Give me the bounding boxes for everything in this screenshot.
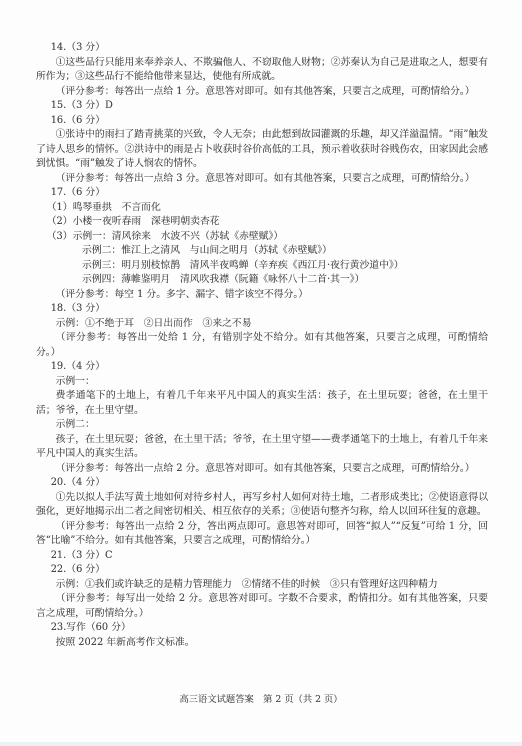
q16-header: 16.（6 分） xyxy=(36,114,488,129)
q17-blank3-example1: （3）示例一：清风徐来 水波不兴（苏轼《赤壁赋》） xyxy=(36,230,488,245)
q16-scoring-note: （评分参考：每答出一点给 3 分。意思答对即可。如有其他答案，只要言之成理，可酌… xyxy=(36,172,488,187)
q18-answer: 示例：①不绝于耳 ②日出而作 ③来之不易 xyxy=(36,317,488,332)
q21-answer: 21.（3 分）C xyxy=(36,549,488,564)
q14-answer: ①这些品行只能用来奉养亲人、不欺骗他人、不窃取他人财物；②苏秦认为自己是进取之人… xyxy=(36,56,488,85)
q15-answer: 15.（3 分）D xyxy=(36,99,488,114)
q23-note: 按照 2022 年新高考作文标准。 xyxy=(36,636,488,651)
answers-content: 14.（3 分） ①这些品行只能用来奉养亲人、不欺骗他人、不窃取他人财物；②苏秦… xyxy=(36,41,488,650)
q14-header: 14.（3 分） xyxy=(36,41,488,56)
q20-answer: ①先以拟人手法写黄土地如何对待乡村人，再写乡村人如何对待土地，二者形成类比；②使… xyxy=(36,491,488,520)
q17-blank1-answer: （1）鸣琴垂拱 不言而化 xyxy=(36,201,488,216)
q23-header: 23.写作（60 分） xyxy=(36,621,488,636)
q22-header: 22.（6 分） xyxy=(36,563,488,578)
q18-header: 18.（3 分） xyxy=(36,302,488,317)
q22-scoring-note: （评分参考：每写出一处给 2 分。意思答对即可。字数不合要求，酌情扣分。如有其他… xyxy=(36,592,488,621)
scanned-answer-page: 14.（3 分） ①这些品行只能用来奉养亲人、不欺骗他人、不窃取他人财物；②苏秦… xyxy=(0,0,522,746)
q17-blank3-example3: 示例三：明月别枝惊鹊 清风半夜鸣蝉（辛弃疾《西江月·夜行黄沙道中》） xyxy=(36,259,488,274)
q17-scoring-note: （评分参考：每空 1 分。多字、漏字、错字该空不得分。） xyxy=(36,288,488,303)
q17-blank3-example2: 示例二：惟江上之清风 与山间之明月（苏轼《赤壁赋》） xyxy=(36,244,488,259)
q17-blank2-answer: （2）小楼一夜听春雨 深巷明朝卖杏花 xyxy=(36,215,488,230)
q16-answer: ①张诗中的雨扫了踏青挑菜的兴致，令人无奈；由此想到故园灌溉的乐趣，却又洋溢温情。… xyxy=(36,128,488,172)
q14-scoring-note: （评分参考：每答出一点给 1 分。意思答对即可。如有其他答案，只要言之成理，可酌… xyxy=(36,85,488,100)
q19-scoring-note: （评分参考：每答出一点给 2 分。意思答对即可。如有其他答案，只要言之成理，可酌… xyxy=(36,462,488,477)
q18-scoring-note: （评分参考：每答出一处给 1 分，有错别字处不给分。如有其他答案，只要言之成理，… xyxy=(36,331,488,360)
scan-edge-shadow xyxy=(0,742,522,746)
q20-header: 20.（4 分） xyxy=(36,476,488,491)
q19-example2-label: 示例二： xyxy=(36,418,488,433)
q19-example1-label: 示例一： xyxy=(36,375,488,390)
q20-scoring-note: （评分参考：每答出一点给 2 分，答出两点即可。意思答对即可，回答“拟人”“反复… xyxy=(36,520,488,549)
page-footer-text: 高三语文试题答案 第 2 页（共 2 页） xyxy=(179,694,342,705)
q19-example1-text: 费孝通笔下的土地上，有着几千年来平凡中国人的真实生活：孩子，在土里玩耍；爸爸，在… xyxy=(36,389,488,418)
q17-blank3-example4: 示例四：薄帷鉴明月 清风吹我襟（阮籍《咏怀八十二首·其一》） xyxy=(36,273,488,288)
q19-example2-text: 孩子，在土里玩耍；爸爸，在土里干活；爷爷，在土里守望——费孝通笔下的土地上，有着… xyxy=(36,433,488,462)
q17-header: 17.（6 分） xyxy=(36,186,488,201)
q22-answer: 示例：①我们或许缺乏的是精力管理能力 ②情绪不佳的时候 ③只有管理好这四种精力 xyxy=(36,578,488,593)
q19-header: 19.（4 分） xyxy=(36,360,488,375)
page-footer: 高三语文试题答案 第 2 页（共 2 页） xyxy=(0,691,522,705)
